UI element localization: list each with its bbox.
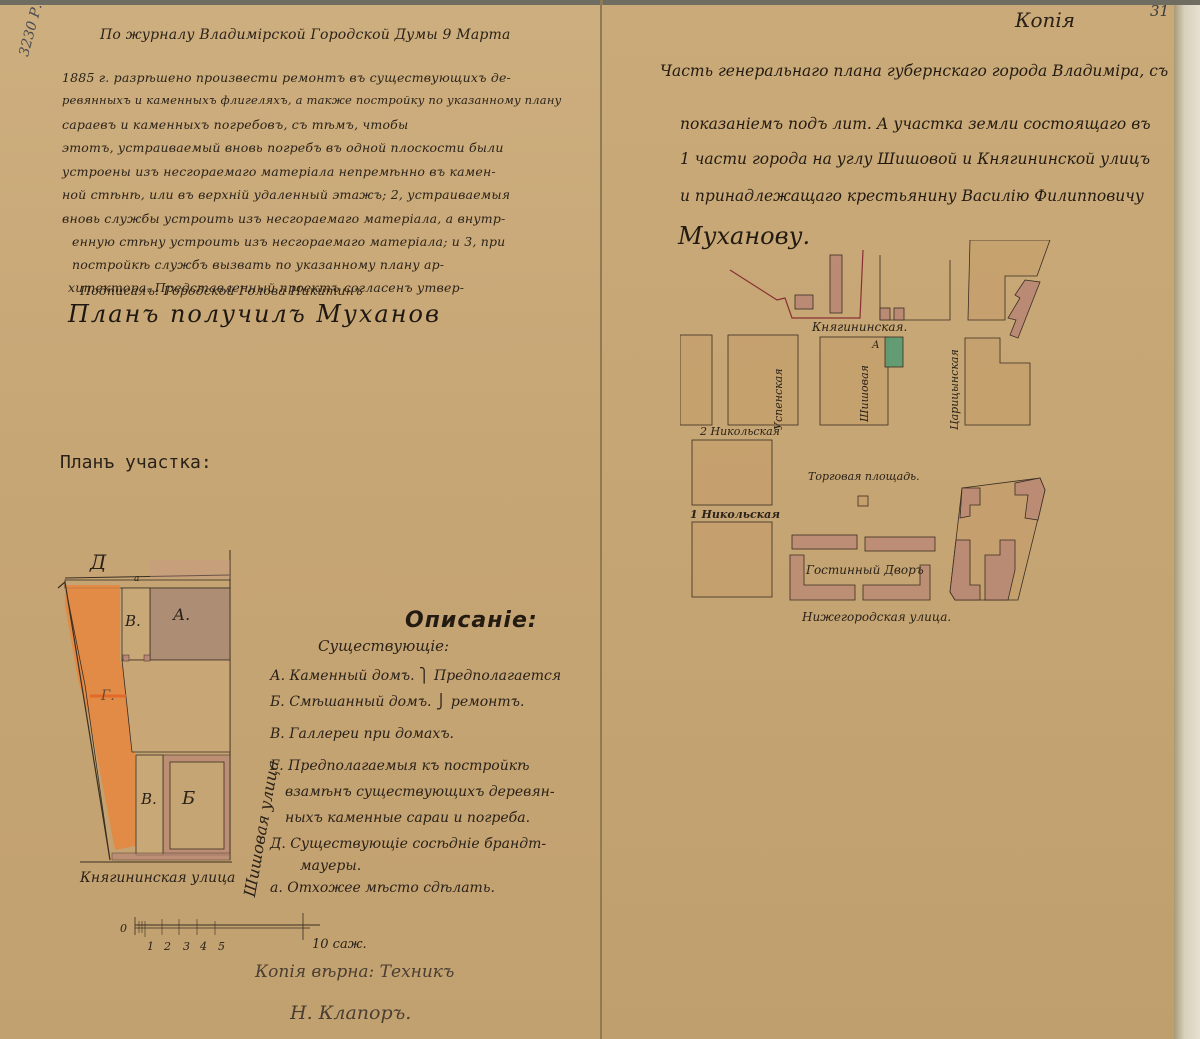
petition-line: устроены изъ несгораемаго матеріала непр… [62, 164, 496, 179]
street-label-nikolskaya-2: 2 Никольская [700, 425, 780, 438]
street-label-nikolskaya-1: 1 Никольская [690, 508, 780, 521]
description-item: ныхъ каменные сараи и погреба. [285, 810, 530, 826]
scale-tick-label: 0 [120, 922, 127, 935]
plan-label-a-small: а [134, 574, 139, 584]
underlying-sheet-edge [1174, 5, 1200, 1039]
petition-line: ной стѣнѣ, или въ верхній удаленный этаж… [62, 187, 510, 202]
plan-label-b: Б [182, 788, 195, 809]
plan-label-a: А. [173, 605, 190, 624]
description-item: Б. Смѣшанный домъ. ⎭ ремонтъ. [270, 694, 524, 710]
street-label-knyagininskaya: Княгининская. [812, 320, 907, 334]
petition-line: вновь службы устроить изъ несгораемаго м… [62, 211, 505, 226]
description-item: Г. Предполагаемыя къ постройкѣ [270, 758, 529, 774]
scale-tick-label: 4 [200, 940, 207, 953]
technician-signature: Н. Клапоръ. [290, 1002, 411, 1024]
copy-certification: Копія вѣрна: Техникъ [255, 962, 454, 982]
folio-number: 31 [1150, 2, 1169, 20]
plan-label-v-top: В. [125, 612, 141, 630]
petition-line: этотъ, устраиваемый вновь погребъ въ одн… [62, 140, 504, 155]
street-label-shishovaya: Шишовая [858, 365, 871, 422]
title-line: и принадлежащаго крестьянину Василію Фил… [680, 187, 1144, 205]
petition-line: ревянныхъ и каменныхъ флигеляхъ, а также… [62, 93, 562, 107]
copy-header: Копія [1015, 8, 1075, 32]
title-line: Часть генеральнаго плана губернскаго гор… [660, 62, 1168, 80]
scale-tick-label: 3 [183, 940, 190, 953]
description-item: мауеры. [300, 858, 361, 874]
petition-signature-line: Подписалъ: Городской Голова Никитинъ [80, 283, 363, 298]
description-subtitle: Существующіе: [318, 637, 449, 655]
street-label-uspenskaya: Успенская [772, 368, 785, 430]
description-title: Описаніе: [405, 608, 538, 633]
plan-title: Планъ участка: [60, 452, 212, 473]
scale-tick-label: 1 [147, 940, 154, 953]
place-label-market-square: Торговая площадь. [808, 470, 920, 483]
street-label-tsaritsynskaya: Царицынская [948, 349, 961, 430]
scale-tick-label: 2 [164, 940, 171, 953]
scale-tick-label: 5 [218, 940, 225, 953]
street-label-knyagininskaya: Княгининская улица [80, 870, 235, 886]
receipt-note: Планъ получилъ Муханов [68, 300, 441, 328]
petition-line: сараевъ и каменныхъ погребовъ, съ тѣмъ, … [62, 117, 408, 132]
petition-line: енную стѣну устроить изъ несгораемаго ма… [72, 234, 505, 249]
plan-label-g: Г. [101, 688, 115, 704]
description-item: Д. Существующіе сосѣдніе брандт- [270, 836, 546, 852]
description-item: взамѣнъ существующихъ деревян- [285, 784, 555, 800]
petition-line: По журналу Владимірской Городской Думы 9… [100, 27, 511, 43]
plan-label-d: Д [90, 550, 106, 574]
place-label-gostiny-dvor: Гостинный Дворъ [806, 563, 924, 577]
title-line: показаніемъ подъ лит. А участка земли со… [680, 115, 1151, 133]
title-line: 1 части города на углу Шишовой и Княгини… [680, 150, 1150, 168]
description-item: В. Галлереи при домахъ. [270, 726, 454, 742]
description-item: а. Отхожее мѣсто сдѣлать. [270, 880, 495, 896]
scale-end-label: 10 саж. [312, 937, 367, 952]
plot-letter-a: А [872, 340, 880, 351]
street-label-nizhegorodskaya: Нижегородская улица. [802, 610, 951, 624]
site-plan [40, 550, 260, 880]
scale-bar [125, 905, 335, 945]
description-item: А. Каменный домъ. ⎫ Предполагается [270, 668, 561, 684]
petition-line: постройкѣ службъ вызвать по указанному п… [72, 257, 444, 272]
plan-label-v-bottom: В. [141, 790, 157, 808]
petition-line: 1885 г. разрѣшено произвести ремонтъ въ … [62, 70, 511, 85]
